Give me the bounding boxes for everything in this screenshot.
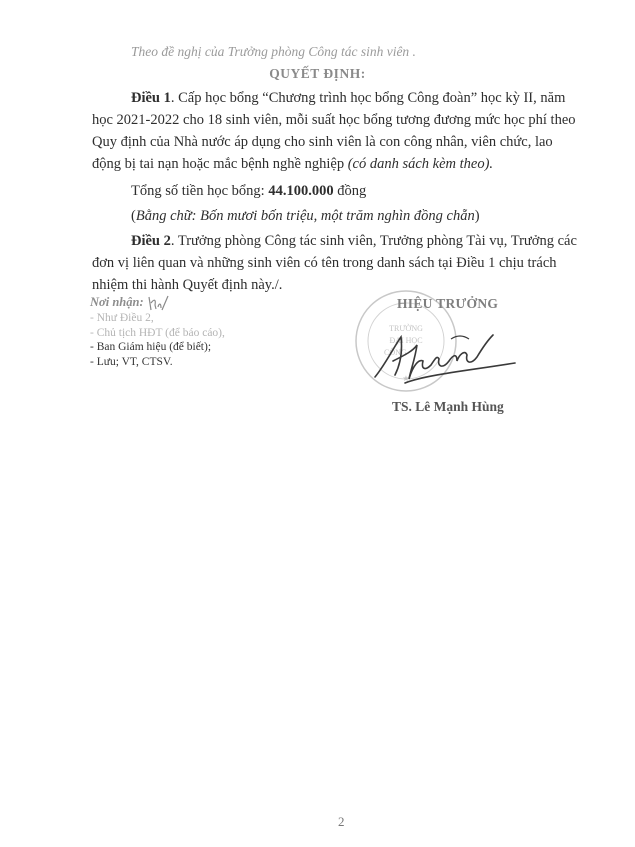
article-2-line-3: nhiệm thi hành Quyết định này./. (92, 275, 282, 296)
article-2-line-1: Điều 2. Trưởng phòng Công tác sinh viên,… (131, 231, 549, 252)
article-1-line-4: động bị tai nạn hoặc mắc bệnh nghề nghiệ… (92, 154, 493, 175)
signer-name: TS. Lê Mạnh Hùng (392, 399, 504, 415)
recipient-item: - Ban Giám hiệu (để biết); (90, 341, 211, 353)
recipient-item: - Lưu; VT, CTSV. (90, 356, 173, 368)
proposal-line: Theo đề nghị của Trưởng phòng Công tác s… (131, 44, 416, 60)
attachment-note: (có danh sách kèm theo). (348, 156, 493, 172)
initials-mark-icon (146, 293, 170, 313)
article-1-label: Điều 1 (131, 90, 171, 106)
total-amount: 44.100.000 (268, 183, 333, 199)
article-1-line-1: Điều 1. Cấp học bổng “Chương trình học b… (131, 88, 549, 109)
article-1-line-2: học 2021-2022 cho 18 sinh viên, mỗi suất… (92, 110, 549, 131)
recipient-item: - Chủ tịch HĐT (để báo cáo), (90, 327, 225, 339)
decision-title: QUYẾT ĐỊNH: (0, 66, 635, 82)
article-2-label: Điều 2 (131, 233, 171, 249)
article-2-line-2: đơn vị liên quan và những sinh viên có t… (92, 253, 549, 274)
handwritten-signature-icon (365, 325, 525, 385)
article-1-line-3: Quy định của Nhà nước áp dụng cho sinh v… (92, 132, 549, 153)
recipient-item: - Như Điều 2, (90, 312, 154, 324)
page-number: 2 (338, 814, 345, 830)
signature-title: HIỆU TRƯỞNG (397, 296, 498, 312)
total-amount-line: Tổng số tiền học bổng: 44.100.000 đồng (131, 181, 366, 202)
recipients-label: Nơi nhận: (90, 295, 144, 310)
amount-in-words: (Bằng chữ: Bốn mươi bốn triệu, một trăm … (131, 206, 480, 227)
